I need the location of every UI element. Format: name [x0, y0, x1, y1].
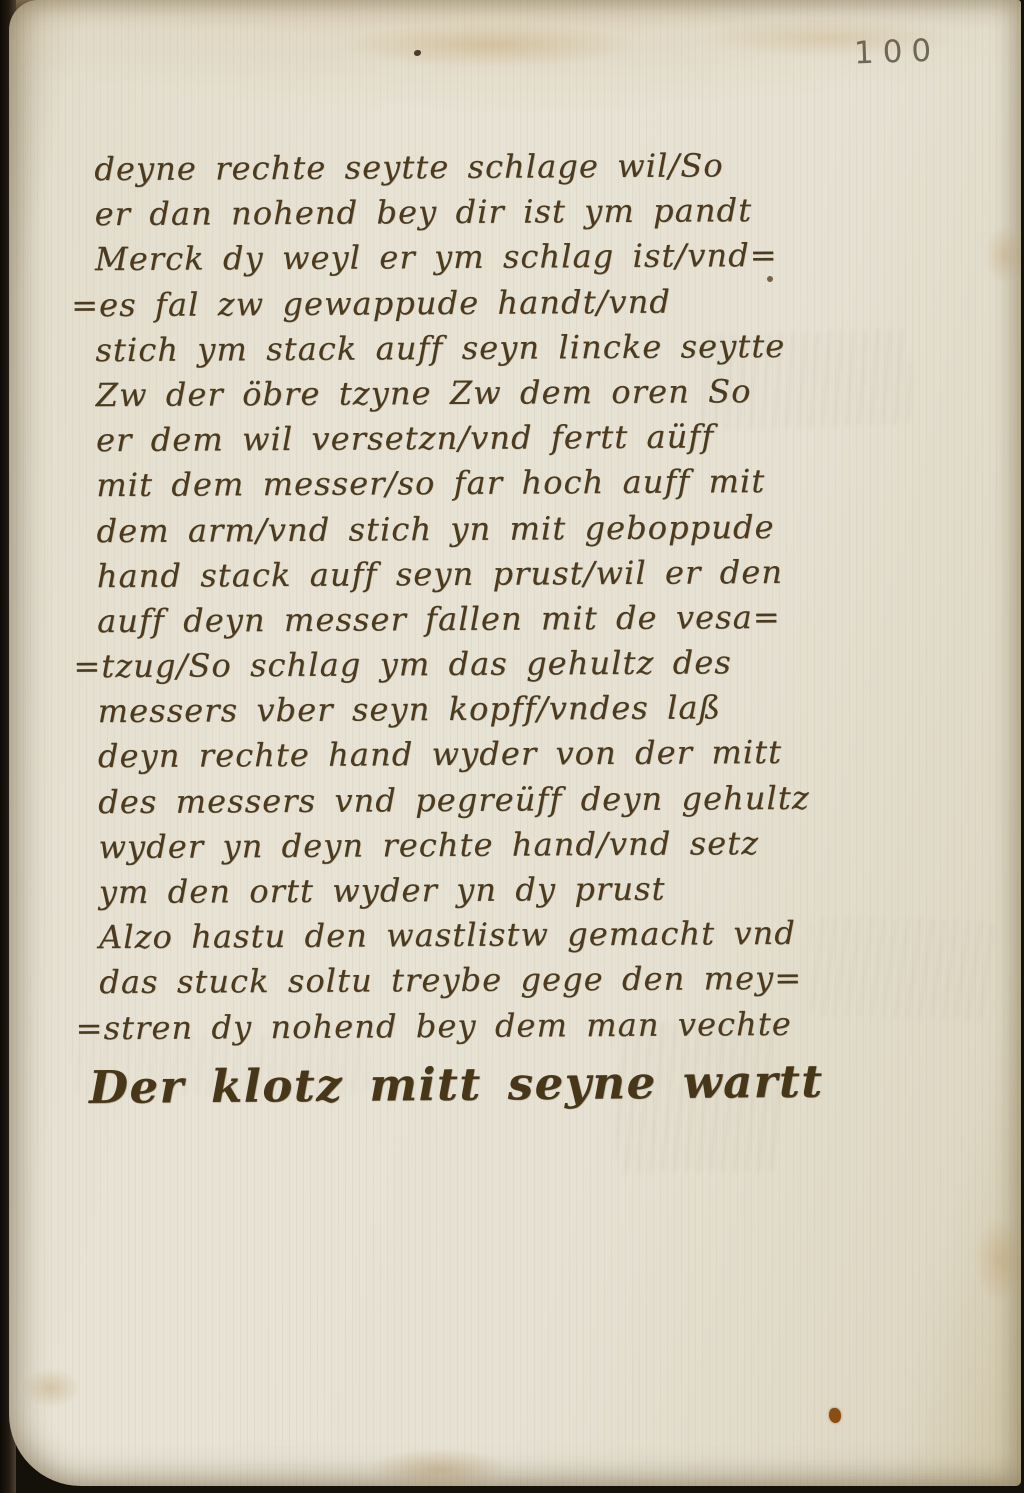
text-line: deyne rechte seytte schlage wil/So [94, 146, 806, 196]
ink-show-through [808, 916, 996, 1021]
text-line: messers vber seyn kopff/vndes laß [98, 688, 810, 738]
text-line: mit dem messer/so far hoch auff mit [96, 462, 808, 512]
text-line: er dan nohend bey dir ist ym pandt [95, 191, 807, 241]
text-line: dem arm/vnd stich yn mit geboppude [96, 507, 808, 557]
text-line: =tzug/So schlag ym das gehultz des [73, 643, 809, 693]
folio-number: 100 [853, 33, 940, 72]
text-line: Merck dy weyl er ym schlag ist/vnd= [95, 236, 807, 286]
text-line: ym den ortt wyder yn dy prust [99, 869, 811, 919]
text-line: =es fal zw gewappude handt/vnd [71, 281, 807, 331]
text-line: des messers vnd pegreüff deyn gehultz [98, 778, 810, 828]
text-line: Zw der öbre tzyne Zw dem oren So [96, 372, 808, 422]
manuscript-scan: 100 deyne rechte seytte schlage wil/So e… [0, 0, 1024, 1493]
manuscript-text-block: deyne rechte seytte schlage wil/So er da… [94, 146, 812, 1054]
text-line: er dem wil versetzn/vnd fertt aüff [96, 417, 808, 467]
text-line: =stren dy nohend bey dem man vechte [75, 1004, 811, 1054]
chapter-heading: Der klotz mitt seyne wartt [89, 1055, 789, 1114]
text-line: Alzo hastu den wastlistw gemacht vnd [99, 914, 811, 964]
text-line: hand stack auff seyn prust/wil er den [97, 553, 809, 603]
text-line: deyn rechte hand wyder von der mitt [98, 733, 810, 783]
text-line: das stuck soltu treybe gege den mey= [99, 959, 811, 1009]
text-line: auff deyn messer fallen mit de vesa= [97, 598, 809, 648]
text-line: wyder yn deyn rechte hand/vnd setz [98, 824, 810, 874]
text-line: stich ym stack auff seyn lincke seytte [95, 327, 807, 377]
manuscript-page: 100 deyne rechte seytte schlage wil/So e… [9, 0, 1021, 1486]
